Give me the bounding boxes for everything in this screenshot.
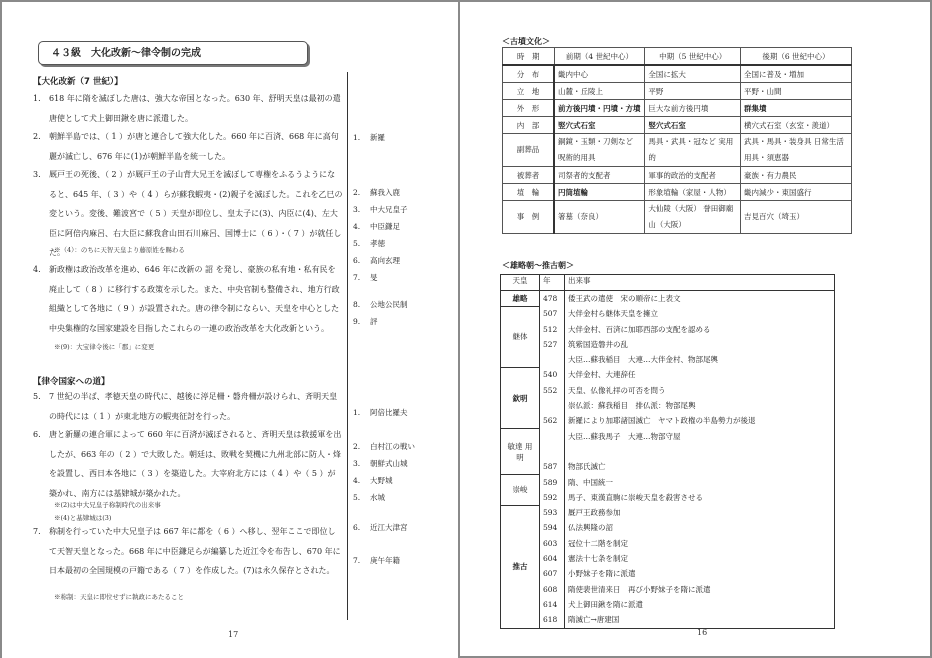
table-row: 継体 507 512 527 大伴金村ら継体天皇を擁立 大伴金村、百済に加耶西部… — [501, 306, 835, 367]
answer: 1.阿倍比羅夫 — [353, 407, 408, 418]
yuryaku-suiko-table: 天皇 年 出来事 雄略 478 倭王武の遣使 宋の順帝に上表文 継体 507 5… — [500, 274, 835, 629]
answer: 1.新羅 — [353, 132, 385, 143]
table-row: 被葬者司祭者的支配者軍事的政治的支配者豪族・有力農民 — [503, 167, 852, 184]
answer: 4.大野城 — [353, 475, 393, 486]
item-text: 新政権は政治改革を進め、646 年に改新の 詔 を発し、豪族の私有地・私有民を廃… — [49, 260, 343, 338]
answer: 7.庚午年籍 — [353, 555, 400, 566]
table-row: 立 地山麓・丘陵上平野平野・山間 — [503, 83, 852, 100]
item-number: 7. — [33, 522, 49, 542]
note: ※(4)と基肄城は(3) — [54, 513, 111, 522]
list-item: 2. 朝鮮半島では、（ 1 ）が唐と連合して強大化した。660 年に百済、668… — [33, 127, 343, 166]
note: ※(9)：大宝律令後に「郡」に変更 — [54, 342, 154, 351]
answer: 2.白村江の戦い — [353, 441, 415, 452]
item-text: 618 年に隋を滅ぼした唐は、強大な帝国となった。630 年、舒明天皇は最初の遣… — [49, 89, 343, 128]
item-number: 6. — [33, 425, 49, 445]
answer: 6.高向玄理 — [353, 255, 400, 266]
item-number: 1. — [33, 89, 49, 109]
answer-divider — [347, 72, 348, 620]
answer: 2.蘇我入鹿 — [353, 187, 400, 198]
section-heading-taika: 【大化改新（7 世紀）】 — [33, 75, 123, 87]
table-row: 埴 輪円筒埴輪形象埴輪（家屋・人物）畿内減少・東国盛行 — [503, 184, 852, 201]
answer: 4.中臣鎌足 — [353, 221, 400, 232]
item-number: 4. — [33, 260, 49, 280]
page-left: ４３級 大化改新～律令制の完成 【大化改新（7 世紀）】 1. 618 年に隋を… — [0, 0, 458, 658]
item-number: 3. — [33, 165, 49, 185]
answer: 5.孝徳 — [353, 238, 385, 249]
page-number: 16 — [697, 628, 707, 637]
note: ※(2)は中大兄皇子称制時代の出来事 — [54, 500, 161, 509]
answer: 8.公地公民制 — [353, 299, 408, 310]
col-header: 前期（4 世紀中心） — [554, 48, 645, 66]
table-row: 崇峻 589 592 隋、中国統一 馬子、東漢直駒に崇峻天皇を殺害させる — [501, 475, 835, 506]
answer: 7.旻 — [353, 272, 378, 283]
table-row: 内 部竪穴式石室竪穴式石室横穴式石室（玄室・羨道） — [503, 117, 852, 134]
kofun-caption: ＜古墳文化＞ — [502, 36, 550, 47]
table-row: 外 形前方後円墳・円墳・方墳巨大な前方後円墳群集墳 — [503, 100, 852, 117]
list-item: 5. 7 世紀の半ば、孝徳天皇の時代に、越後に渟足柵・磐舟柵が設けられ、斉明天皇… — [33, 387, 343, 426]
table-row: 推古 593 594 603 604 607 608 614 618 厩戸王政務… — [501, 505, 835, 628]
col-header: 時 期 — [503, 48, 555, 66]
item-text: 朝鮮半島では、（ 1 ）が唐と連合して強大化した。660 年に百済、668 年に… — [49, 127, 343, 166]
kofun-table: 時 期 前期（4 世紀中心） 中期（5 世紀中心） 後期（6 世紀中心） 分 布… — [502, 47, 852, 234]
item-text: 7 世紀の半ば、孝徳天皇の時代に、越後に渟足柵・磐舟柵が設けられ、斉明天皇の時代… — [49, 387, 343, 426]
answer: 6.近江大津宮 — [353, 522, 408, 533]
item-number: 5. — [33, 387, 49, 407]
answer: 5.水城 — [353, 492, 385, 503]
table-row: 事 例箸墓（奈良）大仙陵（大阪） 誉田御廟山（大阪）吉見百穴（埼玉） — [503, 201, 852, 234]
item-number: 2. — [33, 127, 49, 147]
list-item: 6. 唐と新羅の連合軍によって 660 年に百済が滅ぼされると、斉明天皇は救援軍… — [33, 425, 343, 503]
table-row: 敏達 用明 587 大臣…蘇我馬子 大連…物部守屋 物部氏滅亡 — [501, 429, 835, 475]
table-row: 欽明 540 552 562 大伴金村、大連辞任 天皇、仏像礼拝の可否を問う 崇… — [501, 367, 835, 428]
table-row: 副葬品銅鏡・玉類・刀剣など 呪術的用具馬具・武具・冠など 実用的武具・馬具・装身… — [503, 134, 852, 167]
col-header: 年 — [540, 275, 565, 291]
item-text: 唐と新羅の連合軍によって 660 年に百済が滅ぼされると、斉明天皇は救援軍を出し… — [49, 425, 343, 503]
list-item: 7. 称制を行っていた中大兄皇子は 667 年に都を（ 6 ）へ移し、翌年ここで… — [33, 522, 343, 581]
note: ※（4）：のちに天智天皇より藤原姓を賜わる — [54, 245, 185, 254]
list-item: 1. 618 年に隋を滅ぼした唐は、強大な帝国となった。630 年、舒明天皇は最… — [33, 89, 343, 128]
page-right: ＜古墳文化＞ 時 期 前期（4 世紀中心） 中期（5 世紀中心） 後期（6 世紀… — [460, 0, 932, 658]
section-heading-ritsuryo: 【律令国家への道】 — [33, 375, 110, 387]
answer: 9.評 — [353, 316, 378, 327]
answer: 3.中大兄皇子 — [353, 204, 408, 215]
table-row: 雄略 478 倭王武の遣使 宋の順帝に上表文 — [501, 291, 835, 307]
list-item: 4. 新政権は政治改革を進め、646 年に改新の 詔 を発し、豪族の私有地・私有… — [33, 260, 343, 338]
yuryaku-caption: ＜雄略朝～推古朝＞ — [502, 260, 574, 271]
page-number: 17 — [228, 630, 238, 639]
col-header: 出来事 — [565, 275, 835, 291]
table-row: 分 布畿内中心全国に拡大全国に普及・増加 — [503, 65, 852, 83]
chapter-title: ４３級 大化改新～律令制の完成 — [38, 41, 308, 65]
col-header: 天皇 — [501, 275, 540, 291]
answer: 3.朝鮮式山城 — [353, 458, 408, 469]
col-header: 中期（5 世紀中心） — [645, 48, 741, 66]
col-header: 後期（6 世紀中心） — [740, 48, 851, 66]
note: ※称制：天皇に即位せずに執政にあたること — [54, 592, 184, 601]
item-text: 称制を行っていた中大兄皇子は 667 年に都を（ 6 ）へ移し、翌年ここで即位し… — [49, 522, 343, 581]
